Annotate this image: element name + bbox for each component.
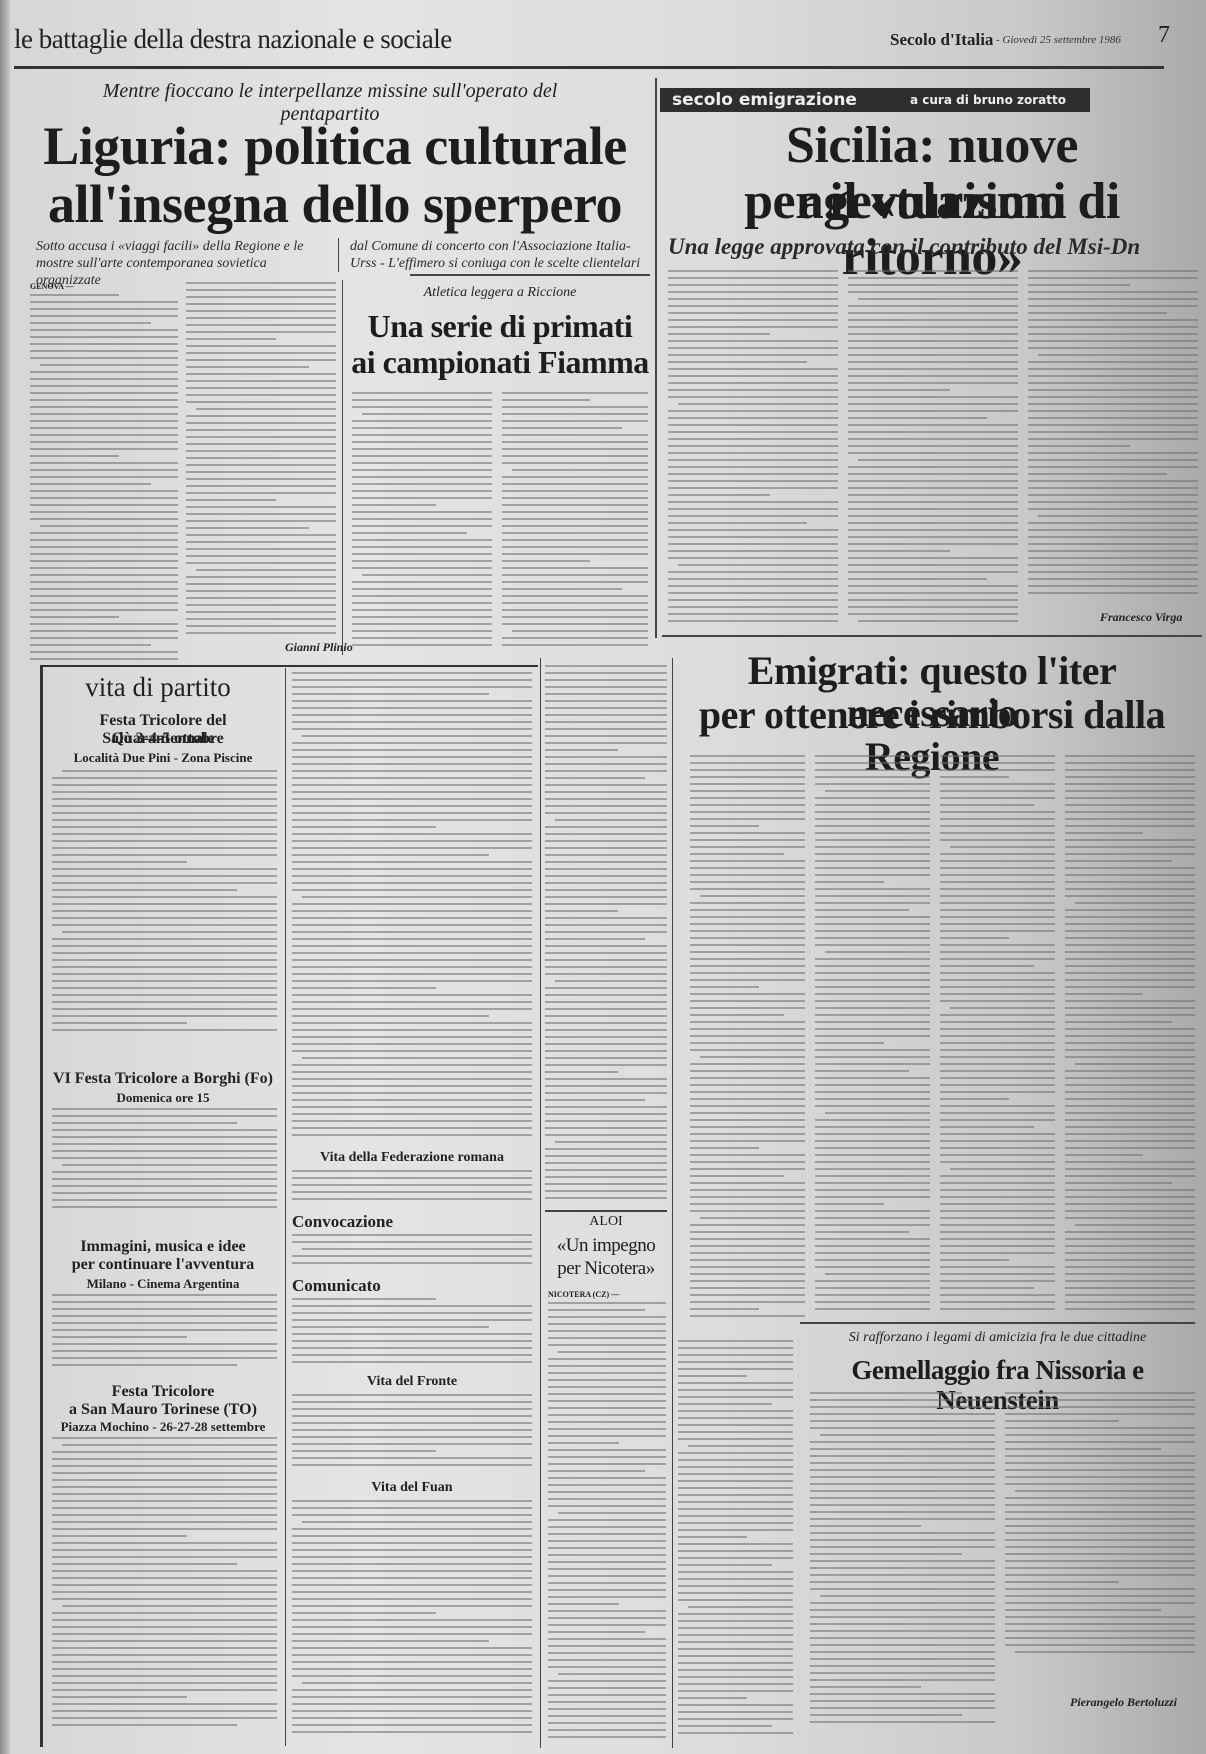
- text-line: [940, 811, 1055, 813]
- text-line: [815, 1203, 884, 1205]
- text-line: [548, 1561, 666, 1563]
- text-line: [940, 1091, 1055, 1093]
- text-line: [678, 1340, 793, 1342]
- text-line: [30, 637, 178, 639]
- text-line: [292, 917, 532, 919]
- text-line: [352, 490, 492, 492]
- liguria-body-col2: [186, 282, 336, 642]
- text-line: [52, 945, 277, 947]
- text-line: [815, 860, 930, 862]
- text-line: [668, 333, 770, 335]
- text-line: [690, 909, 805, 911]
- text-line: [30, 644, 151, 646]
- text-line: [815, 972, 930, 974]
- text-line: [502, 553, 648, 555]
- aloi-headline-2: per Nicotera»: [545, 1258, 667, 1280]
- text-line: [30, 553, 178, 555]
- text-line: [502, 504, 648, 506]
- text-line: [292, 1703, 532, 1705]
- text-line: [52, 854, 277, 856]
- section-credit: a cura di bruno zoratto: [910, 93, 1066, 107]
- text-line: [292, 1184, 532, 1186]
- text-line: [555, 980, 667, 982]
- text-line: [810, 1518, 995, 1520]
- text-line: [292, 994, 532, 996]
- text-line: [548, 1701, 666, 1703]
- text-line: [1028, 312, 1167, 314]
- text-line: [352, 504, 436, 506]
- text-line: [940, 804, 1034, 806]
- text-line: [52, 826, 277, 828]
- text-line: [292, 672, 532, 674]
- text-line: [815, 1028, 930, 1030]
- text-line: [940, 755, 1055, 757]
- text-line: [940, 1238, 1055, 1240]
- text-line: [690, 860, 805, 862]
- text-line: [545, 805, 667, 807]
- event-title: VI Festa Tricolore a Borghi (Fo): [48, 1070, 278, 1088]
- text-line: [548, 1687, 666, 1689]
- text-line: [940, 1049, 1055, 1051]
- text-line: [940, 1245, 1055, 1247]
- atletica-continued: [545, 665, 667, 1205]
- subsection-body: [292, 1170, 532, 1210]
- text-line: [668, 452, 838, 454]
- text-line: [690, 888, 805, 890]
- text-line: [52, 882, 277, 884]
- text-line: [512, 630, 648, 632]
- text-line: [940, 776, 1009, 778]
- aloi-headline-1: «Un impegno: [545, 1235, 667, 1257]
- text-line: [815, 1133, 930, 1135]
- text-line: [668, 389, 838, 391]
- text-line: [668, 396, 838, 398]
- text-line: [52, 987, 277, 989]
- text-line: [292, 1640, 489, 1642]
- text-line: [292, 1415, 532, 1417]
- text-line: [690, 965, 805, 967]
- text-line: [52, 1570, 277, 1572]
- text-line: [52, 938, 277, 940]
- text-line: [548, 1617, 666, 1619]
- text-line: [1028, 396, 1198, 398]
- text-line: [815, 1301, 930, 1303]
- subsection-body: [292, 1500, 532, 1740]
- text-line: [815, 1161, 930, 1163]
- text-line: [302, 1248, 532, 1250]
- text-line: [30, 476, 178, 478]
- text-line: [548, 1442, 619, 1444]
- text-line: [292, 1043, 532, 1045]
- text-line: [502, 399, 590, 401]
- header-rule: [14, 66, 1164, 69]
- text-line: [30, 329, 178, 331]
- text-line: [1065, 755, 1195, 757]
- text-line: [810, 1672, 995, 1674]
- text-line: [815, 1098, 930, 1100]
- text-line: [678, 1627, 793, 1629]
- text-line: [30, 595, 178, 597]
- text-line: [668, 298, 838, 300]
- text-line: [52, 1507, 277, 1509]
- emigrati-body-col3: [940, 755, 1055, 1315]
- text-line: [52, 1136, 277, 1138]
- text-line: [292, 777, 532, 779]
- text-line: [292, 1556, 532, 1558]
- text-line: [1028, 578, 1198, 580]
- text-line: [1028, 592, 1198, 594]
- text-line: [292, 1549, 532, 1551]
- text-line: [940, 1063, 1055, 1065]
- text-line: [1065, 1266, 1195, 1268]
- text-line: [940, 1294, 1055, 1296]
- text-line: [690, 1126, 805, 1128]
- text-line: [1065, 818, 1195, 820]
- text-line: [940, 797, 1055, 799]
- text-line: [548, 1680, 666, 1682]
- text-line: [292, 1591, 532, 1593]
- text-line: [940, 832, 1055, 834]
- text-line: [1005, 1469, 1195, 1471]
- text-line: [815, 776, 930, 778]
- text-line: [52, 1619, 277, 1621]
- text-line: [52, 1633, 277, 1635]
- text-line: [292, 854, 489, 856]
- text-line: [678, 1557, 793, 1559]
- text-line: [1065, 811, 1195, 813]
- text-line: [502, 588, 622, 590]
- text-line: [548, 1316, 666, 1318]
- text-line: [30, 588, 178, 590]
- text-line: [292, 973, 532, 975]
- text-line: [848, 368, 1018, 370]
- text-line: [545, 952, 667, 954]
- text-line: [186, 303, 336, 305]
- text-line: [848, 340, 1018, 342]
- text-line: [52, 1472, 277, 1474]
- text-line: [690, 1259, 805, 1261]
- text-line: [690, 783, 805, 785]
- gemellaggio-body-col1: [810, 1392, 995, 1732]
- text-line: [690, 1273, 805, 1275]
- text-line: [690, 881, 805, 883]
- text-line: [292, 693, 489, 695]
- text-line: [1065, 1056, 1195, 1058]
- text-line: [292, 1500, 532, 1502]
- text-line: [502, 525, 648, 527]
- text-line: [186, 352, 336, 354]
- text-line: [502, 448, 648, 450]
- text-line: [52, 1717, 277, 1719]
- text-line: [548, 1463, 666, 1465]
- text-line: [848, 494, 1018, 496]
- text-line: [1005, 1483, 1195, 1485]
- text-line: [950, 1007, 1055, 1009]
- text-line: [352, 434, 492, 436]
- text-line: [678, 1396, 793, 1398]
- text-line: [690, 1021, 805, 1023]
- text-line: [186, 317, 336, 319]
- text-line: [668, 494, 770, 496]
- text-line: [815, 1084, 930, 1086]
- text-line: [1028, 361, 1198, 363]
- text-line: [1028, 375, 1198, 377]
- text-line: [940, 1140, 1055, 1142]
- text-line: [548, 1505, 666, 1507]
- text-line: [848, 445, 1018, 447]
- text-line: [815, 1308, 930, 1310]
- text-line: [352, 525, 492, 527]
- text-line: [690, 1196, 805, 1198]
- text-line: [810, 1707, 995, 1709]
- text-line: [545, 1190, 667, 1192]
- text-line: [502, 616, 648, 618]
- text-line: [52, 1612, 277, 1614]
- event-program: [52, 1294, 277, 1376]
- text-line: [292, 1298, 436, 1300]
- text-line: [815, 1168, 930, 1170]
- text-line: [825, 1273, 930, 1275]
- text-line: [678, 1634, 793, 1636]
- text-line: [30, 630, 178, 632]
- text-line: [815, 1266, 930, 1268]
- text-line: [502, 462, 648, 464]
- text-line: [292, 1008, 532, 1010]
- text-line: [292, 1015, 489, 1017]
- text-line: [52, 1710, 277, 1712]
- text-line: [668, 410, 838, 412]
- text-line: [292, 1724, 532, 1726]
- text-line: [292, 1234, 532, 1236]
- text-line: [815, 1210, 930, 1212]
- text-line: [940, 1119, 1055, 1121]
- text-line: [292, 1106, 532, 1108]
- gemellaggio-body-col2: [1005, 1392, 1195, 1662]
- text-line: [548, 1449, 666, 1451]
- text-line: [810, 1455, 995, 1457]
- text-line: [545, 987, 667, 989]
- text-line: [678, 1613, 793, 1615]
- text-line: [52, 861, 187, 863]
- text-line: [1028, 291, 1198, 293]
- text-line: [668, 522, 807, 524]
- text-line: [548, 1554, 666, 1556]
- text-line: [1065, 769, 1195, 771]
- subsection-body: [292, 1298, 532, 1368]
- atletica-body-col1: [352, 392, 492, 654]
- text-line: [1005, 1434, 1195, 1436]
- text-line: [678, 1620, 793, 1622]
- text-line: [186, 457, 336, 459]
- text-line: [1065, 846, 1195, 848]
- text-line: [690, 818, 805, 820]
- text-line: [186, 450, 336, 452]
- text-line: [690, 1119, 805, 1121]
- text-line: [668, 536, 838, 538]
- text-line: [1065, 762, 1195, 764]
- text-line: [292, 1696, 532, 1698]
- event-subtitle: per continuare l'avventura: [48, 1256, 278, 1274]
- text-line: [186, 471, 336, 473]
- text-line: [690, 958, 805, 960]
- text-line: [1005, 1595, 1195, 1597]
- text-line: [848, 270, 1018, 272]
- text-line: [690, 1140, 805, 1142]
- text-line: [292, 805, 532, 807]
- text-line: [815, 1000, 930, 1002]
- text-line: [678, 1662, 793, 1664]
- text-line: [545, 1197, 667, 1199]
- text-line: [940, 1112, 1055, 1114]
- text-line: [52, 1465, 277, 1467]
- text-line: [292, 1071, 532, 1073]
- text-line: [678, 1655, 793, 1657]
- event-title: Immagini, musica e idee: [48, 1238, 278, 1256]
- text-line: [940, 1259, 1009, 1261]
- text-line: [668, 340, 838, 342]
- text-line: [1028, 571, 1198, 573]
- text-line: [548, 1498, 666, 1500]
- text-line: [292, 980, 532, 982]
- text-line: [815, 1238, 930, 1240]
- text-line: [815, 874, 930, 876]
- text-line: [815, 783, 930, 785]
- text-line: [940, 916, 1055, 918]
- text-line: [186, 401, 336, 403]
- text-line: [186, 604, 336, 606]
- text-line: [815, 818, 930, 820]
- text-line: [690, 762, 805, 764]
- text-line: [1065, 1098, 1195, 1100]
- text-line: [292, 1612, 436, 1614]
- text-line: [52, 791, 277, 793]
- text-line: [1075, 1063, 1195, 1065]
- text-line: [690, 825, 759, 827]
- text-line: [292, 1584, 532, 1586]
- text-line: [545, 1036, 667, 1038]
- text-line: [810, 1721, 995, 1723]
- text-line: [678, 1431, 793, 1433]
- text-line: [545, 1085, 667, 1087]
- text-line: [815, 1140, 930, 1142]
- text-line: [815, 1014, 930, 1016]
- text-line: [848, 543, 1018, 545]
- text-line: [1005, 1525, 1195, 1527]
- text-line: [292, 770, 532, 772]
- text-line: [815, 1154, 930, 1156]
- text-line: [668, 417, 838, 419]
- text-line: [1065, 1189, 1195, 1191]
- text-line: [810, 1637, 995, 1639]
- text-line: [548, 1365, 666, 1367]
- text-line: [1065, 881, 1195, 883]
- text-line: [668, 361, 807, 363]
- text-line: [292, 1036, 532, 1038]
- text-line: [810, 1567, 995, 1569]
- text-line: [668, 599, 838, 601]
- liguria-headline-2: all'insegna dello sperpero: [20, 176, 650, 232]
- text-line: [548, 1491, 666, 1493]
- text-line: [292, 987, 436, 989]
- text-line: [668, 578, 838, 580]
- text-line: [678, 1361, 793, 1363]
- text-line: [690, 755, 805, 757]
- text-line: [848, 599, 1018, 601]
- text-line: [52, 1549, 277, 1551]
- text-line: [940, 1028, 1055, 1030]
- text-line: [810, 1406, 995, 1408]
- text-line: [186, 282, 336, 284]
- text-line: [545, 994, 667, 996]
- text-line: [810, 1511, 995, 1513]
- text-line: [940, 944, 1055, 946]
- text-line: [1005, 1539, 1195, 1541]
- text-line: [668, 368, 838, 370]
- text-line: [848, 529, 1018, 531]
- text-line: [678, 1648, 793, 1650]
- text-line: [52, 980, 277, 982]
- text-line: [810, 1525, 921, 1527]
- text-line: [352, 616, 492, 618]
- text-line: [548, 1302, 666, 1304]
- text-line: [690, 797, 805, 799]
- text-line: [30, 308, 178, 310]
- text-line: [545, 924, 667, 926]
- text-line: [292, 889, 532, 891]
- text-line: [1005, 1406, 1195, 1408]
- text-line: [815, 1147, 930, 1149]
- emigrati-body-col1: [690, 755, 805, 1325]
- text-line: [52, 1199, 277, 1201]
- text-line: [848, 473, 1018, 475]
- text-line: [848, 613, 1018, 615]
- text-line: [52, 1115, 277, 1117]
- text-line: [1038, 354, 1198, 356]
- text-line: [52, 1535, 187, 1537]
- text-line: [545, 1106, 667, 1108]
- text-line: [1005, 1532, 1195, 1534]
- text-line: [30, 371, 178, 373]
- text-line: [668, 319, 838, 321]
- text-line: [1065, 1168, 1195, 1170]
- text-line: [545, 861, 667, 863]
- text-line: [30, 434, 178, 436]
- sicilia-byline: Francesco Virga: [1100, 610, 1182, 625]
- text-line: [52, 1150, 277, 1152]
- text-line: [502, 609, 648, 611]
- emigrati-body-col4: [1065, 755, 1195, 1315]
- text-line: [1028, 277, 1198, 279]
- text-line: [502, 532, 648, 534]
- text-line: [545, 763, 667, 765]
- text-line: [548, 1379, 666, 1381]
- text-line: [1005, 1455, 1195, 1457]
- text-line: [292, 1514, 532, 1516]
- text-line: [52, 1703, 277, 1705]
- text-line: [1028, 417, 1198, 419]
- text-line: [940, 1161, 1055, 1163]
- text-line: [1005, 1511, 1195, 1513]
- text-line: [815, 1182, 930, 1184]
- text-line: [30, 420, 178, 422]
- text-line: [810, 1658, 995, 1660]
- text-line: [678, 1599, 793, 1601]
- text-line: [52, 1486, 277, 1488]
- text-line: [292, 812, 532, 814]
- text-line: [810, 1399, 995, 1401]
- text-line: [668, 585, 838, 587]
- text-line: [292, 756, 532, 758]
